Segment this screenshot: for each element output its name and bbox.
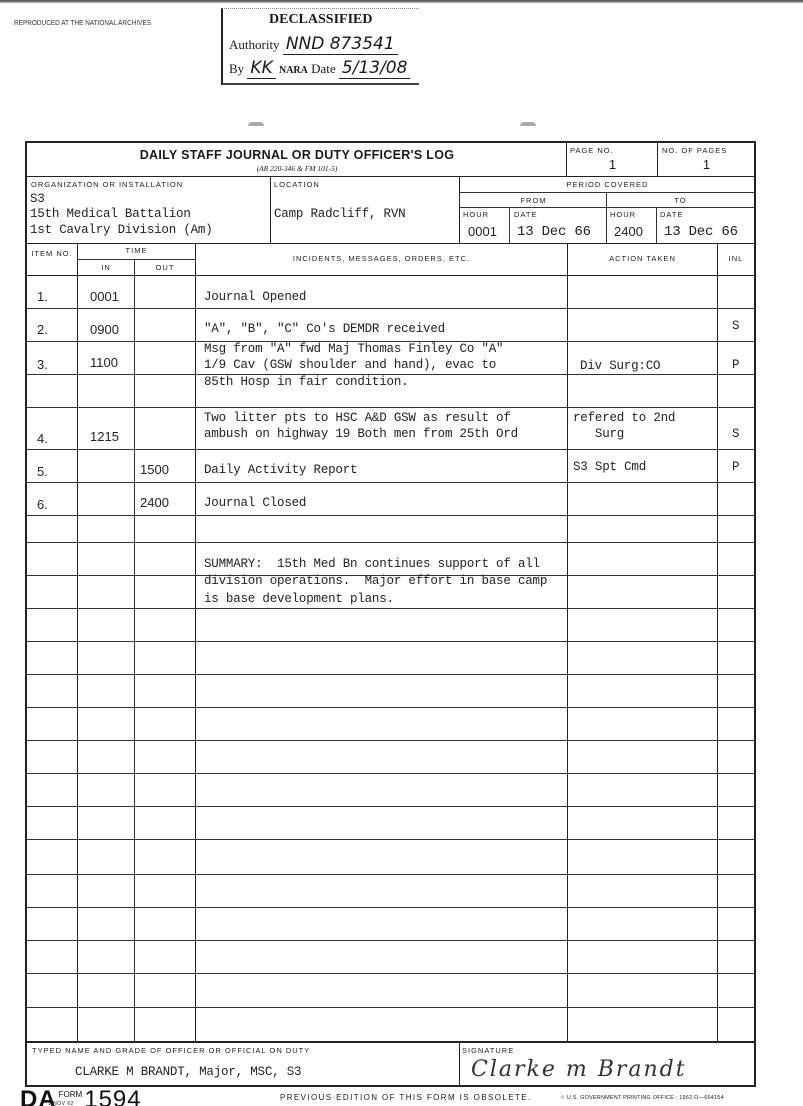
location-value: Camp Radcliff, RVN <box>274 207 405 221</box>
from-label: FROM <box>461 196 606 205</box>
time-in: 0001 <box>90 289 119 304</box>
table-row: 5. 1500 Daily Activity Report S3 Spt Cmd… <box>27 449 754 482</box>
item-no: 2. <box>37 322 48 337</box>
divider <box>459 1041 460 1087</box>
divider <box>27 243 754 244</box>
inl-initials: P <box>732 358 739 372</box>
action-taken: Surg <box>573 427 624 441</box>
item-no: 6. <box>37 497 48 512</box>
action-taken-header: ACTION TAKEN <box>568 254 717 263</box>
table-row: 6. 2400 Journal Closed <box>27 482 754 515</box>
declassification-stamp: DECLASSIFIED Authority NND 873541 By KK … <box>221 8 419 85</box>
row-line <box>27 515 754 516</box>
incident-text: 1/9 Cav (GSW shoulder and hand), evac to <box>204 358 496 372</box>
row-line <box>27 1007 754 1008</box>
authority-label: Authority <box>229 37 280 52</box>
form-word: FORM <box>59 1090 83 1099</box>
row-line <box>27 641 754 642</box>
incident-text: Journal Opened <box>204 290 306 304</box>
incident-text: Journal Closed <box>204 496 306 510</box>
divider <box>656 207 657 244</box>
divider <box>77 259 195 260</box>
from-date-label: DATE <box>514 210 537 219</box>
incidents-header: INCIDENTS, MESSAGES, ORDERS, ETC. <box>196 254 567 263</box>
divider <box>459 207 754 208</box>
time-in: 1100 <box>90 355 118 370</box>
time-out-header: OUT <box>135 263 195 272</box>
time-header: TIME <box>78 246 195 255</box>
item-no: 3. <box>37 357 48 372</box>
row-line <box>27 773 754 774</box>
incident-text: Two litter pts to HSC A&D GSW as result … <box>204 411 511 425</box>
inl-header: INL <box>718 254 754 263</box>
nara-label: NARA <box>279 65 308 76</box>
row-line <box>27 542 754 543</box>
column-line <box>134 259 135 1041</box>
incident-text: "A", "B", "C" Co's DEMDR received <box>204 322 445 336</box>
divider <box>657 143 658 176</box>
to-hour: 2400 <box>614 224 643 239</box>
to-label: TO <box>607 196 754 205</box>
action-taken: Div Surg:CO <box>580 359 660 373</box>
form-date: 1 NOV 62 <box>48 1101 74 1106</box>
no-of-pages: 1 <box>659 157 754 172</box>
time-in-header: IN <box>78 263 134 272</box>
by-line: By KK NARA Date 5/13/08 <box>229 58 410 78</box>
period-covered-label: PERIOD COVERED <box>461 180 754 189</box>
date-value: 5/13/08 <box>339 58 411 79</box>
to-date: 13 Dec 66 <box>664 224 738 240</box>
incident-text: ambush on highway 19 Both men from 25th … <box>204 427 518 441</box>
to-date-label: DATE <box>660 210 683 219</box>
time-out: 2400 <box>140 495 169 510</box>
archive-note: REPRODUCED AT THE NATIONAL ARCHIVES <box>14 20 151 27</box>
row-line <box>27 707 754 708</box>
scan-edge <box>0 0 803 3</box>
table-row: 4. 1215 Two litter pts to HSC A&D GSW as… <box>27 407 754 449</box>
organization-line: S3 <box>30 192 45 206</box>
from-hour-label: HOUR <box>463 210 489 219</box>
form-title: DAILY STAFF JOURNAL OR DUTY OFFICER'S LO… <box>27 148 567 162</box>
obsolete-note: PREVIOUS EDITION OF THIS FORM IS OBSOLET… <box>280 1093 532 1102</box>
action-taken: refered to 2nd <box>573 411 675 425</box>
row-line <box>27 806 754 807</box>
form-num: 1594 <box>84 1086 141 1106</box>
summary-line: SUMMARY: 15th Med Bn continues support o… <box>204 557 540 571</box>
declassified-heading: DECLASSIFIED <box>269 12 372 28</box>
divider <box>459 176 460 244</box>
inl-initials: S <box>732 427 739 441</box>
organization-label: ORGANIZATION OR INSTALLATION <box>31 180 183 189</box>
row-line <box>27 907 754 908</box>
organization-line: 15th Medical Battalion <box>30 207 191 221</box>
row-line <box>27 874 754 875</box>
date-label: Date <box>311 61 336 76</box>
inl-initials: P <box>732 460 739 474</box>
punch-hole <box>248 122 264 126</box>
organization-line: 1st Cavalry Division (Am) <box>30 223 213 237</box>
summary-line: division operations. Major effort in bas… <box>204 574 547 588</box>
incident-text: 85th Hosp in fair condition. <box>204 375 408 389</box>
form-number: DAFORM1594 <box>20 1086 142 1106</box>
item-no-header: ITEM NO. <box>27 249 77 259</box>
by-label: By <box>229 61 244 76</box>
row-line <box>27 973 754 974</box>
time-in: 0900 <box>90 322 119 337</box>
table-row: 2. 0900 "A", "B", "C" Co's DEMDR receive… <box>27 308 754 341</box>
divider <box>606 192 607 244</box>
to-hour-label: HOUR <box>610 210 636 219</box>
divider <box>509 207 510 244</box>
no-of-pages-label: NO. OF PAGES <box>662 146 727 155</box>
item-no: 5. <box>37 464 48 479</box>
location-label: LOCATION <box>274 180 320 189</box>
printing-note: ☆ U.S. GOVERNMENT PRINTING OFFICE : 1962… <box>560 1095 724 1101</box>
incident-text: Daily Activity Report <box>204 463 357 477</box>
divider <box>566 143 567 176</box>
row-line <box>27 839 754 840</box>
signature-label: SIGNATURE <box>462 1046 514 1055</box>
row-line <box>27 940 754 941</box>
page-no: 1 <box>568 157 657 172</box>
signature: Clarke m Brandt <box>471 1057 687 1082</box>
divider <box>27 176 754 177</box>
row-line <box>27 608 754 609</box>
punch-hole <box>520 122 536 126</box>
officer-label: TYPED NAME AND GRADE OF OFFICER OR OFFIC… <box>32 1046 310 1055</box>
summary-line: is base development plans. <box>204 592 394 606</box>
by-value: KK <box>247 58 275 79</box>
inl-initials: S <box>732 319 739 333</box>
authority-value: NND 873541 <box>283 34 398 55</box>
officer-name: CLARKE M BRANDT, Major, MSC, S3 <box>75 1065 301 1079</box>
time-in: 1215 <box>90 429 119 444</box>
table-row: 3. 1100 Msg from "A" fwd Maj Thomas Finl… <box>27 341 754 374</box>
from-date: 13 Dec 66 <box>517 224 591 240</box>
authority-line: Authority NND 873541 <box>229 34 398 54</box>
journal-form: DAILY STAFF JOURNAL OR DUTY OFFICER'S LO… <box>25 141 756 1087</box>
divider <box>270 176 271 244</box>
item-no: 4. <box>37 431 48 446</box>
form-regulation: (AR 220-346 & FM 101-5) <box>27 164 567 173</box>
row-line <box>27 740 754 741</box>
row-line <box>27 674 754 675</box>
table-row: 1. 0001 Journal Opened <box>27 275 754 308</box>
from-hour: 0001 <box>468 224 497 239</box>
page-no-label: PAGE NO. <box>570 146 614 155</box>
action-taken: S3 Spt Cmd <box>573 460 646 474</box>
divider <box>27 1041 754 1043</box>
incident-text: Msg from "A" fwd Maj Thomas Finley Co "A… <box>204 342 503 356</box>
time-out: 1500 <box>140 462 169 477</box>
item-no: 1. <box>37 289 48 304</box>
